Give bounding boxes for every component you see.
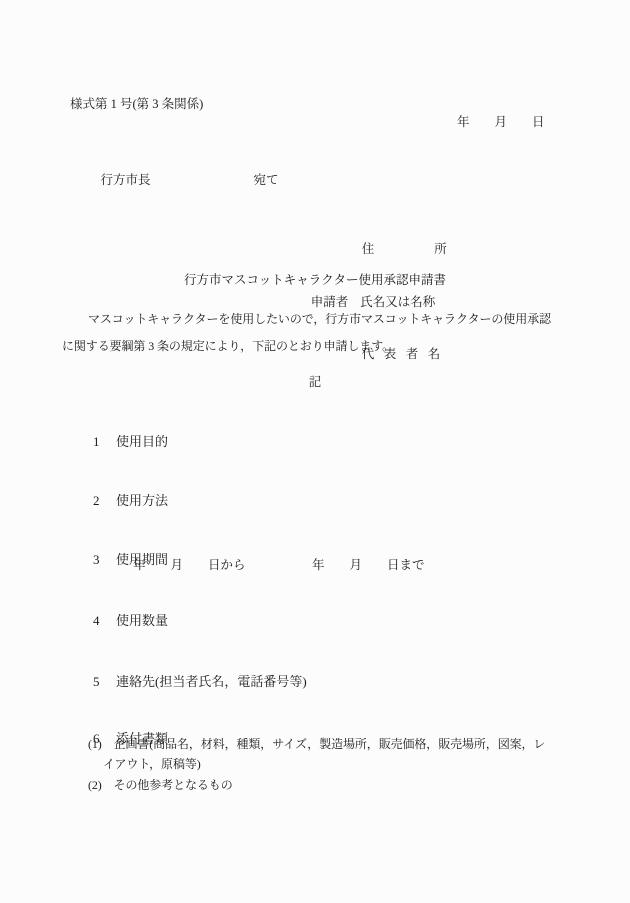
period-from-blank: 年 月 日から: [133, 558, 246, 574]
item-contact-label: 連絡先(担当者氏名，電話番号等): [116, 674, 307, 689]
attachment-1-line2: イアウト，原稿等): [103, 757, 201, 772]
applicant-address-label: 住所: [362, 242, 507, 256]
body-paragraph-line1: マスコットキャラクターを使用したいので，行方市マスコットキャラクターの使用承認: [88, 312, 551, 327]
item-method: 2使用方法: [80, 477, 168, 526]
record-mark: 記: [0, 375, 630, 391]
attachment-1-line1: (1) 企画書(商品名，材料，種類，サイズ，製造場所，販売価格，販売場所，図案，…: [88, 737, 545, 752]
addressee-name: 行方市長: [101, 173, 151, 187]
item-quantity: 4使用数量: [80, 597, 168, 646]
applicant-name-label: 氏名又は名称: [360, 295, 435, 309]
applicant-block: 住所 申請者氏名又は名称 代表者名: [292, 195, 507, 385]
date-blank: 年 月 日: [457, 115, 545, 131]
item-method-number: 2: [93, 493, 116, 509]
body-paragraph-line2: に関する要綱第 3 条の規定により，下記のとおり申請します。: [62, 339, 394, 354]
applicant-role-label: 申請者: [311, 295, 349, 309]
form-number: 様式第 1 号(第 3 条関係): [70, 97, 203, 113]
document-title: 行方市マスコットキャラクター使用承認申請書: [0, 273, 630, 289]
item-quantity-label: 使用数量: [116, 613, 168, 628]
addressee-suffix: 宛て: [254, 173, 279, 187]
addressee-line: 行方市長宛て: [88, 157, 279, 204]
item-period-number: 3: [93, 552, 116, 568]
applicant-address-row: 住所: [292, 226, 507, 248]
item-purpose: 1使用目的: [80, 418, 168, 467]
item-contact: 5連絡先(担当者氏名，電話番号等): [80, 658, 307, 707]
item-method-label: 使用方法: [116, 493, 168, 508]
item-purpose-label: 使用目的: [116, 434, 168, 449]
application-form-page: 様式第 1 号(第 3 条関係) 年 月 日 行方市長宛て 住所 申請者氏名又は…: [0, 0, 630, 903]
attachment-2: (2) その他参考となるもの: [88, 778, 233, 793]
item-quantity-number: 4: [93, 613, 116, 629]
period-to-blank: 年 月 日まで: [312, 558, 425, 574]
item-purpose-number: 1: [93, 434, 116, 450]
item-contact-number: 5: [93, 674, 116, 690]
